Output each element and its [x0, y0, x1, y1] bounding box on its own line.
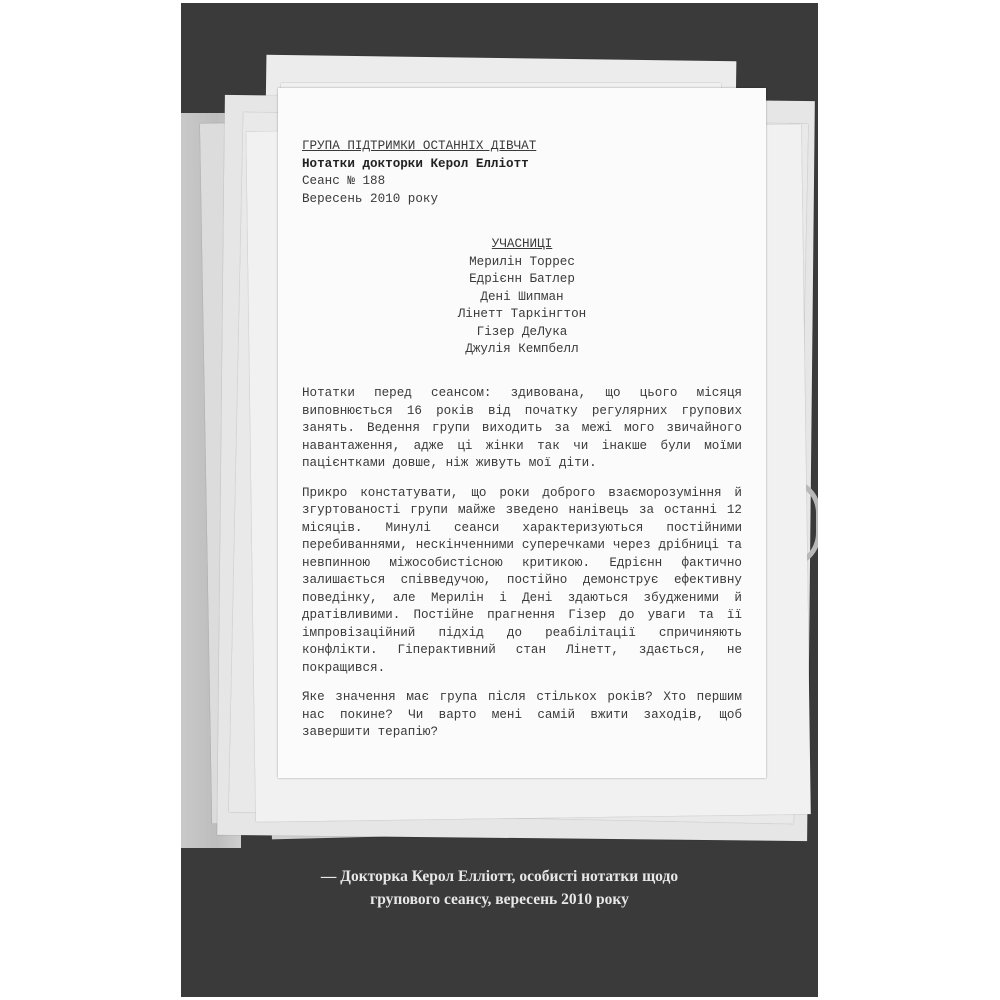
participants-title: УЧАСНИЦІ [278, 236, 766, 254]
notes-body: Нотатки перед сеансом: здивована, що цьо… [302, 385, 742, 754]
participants-list: УЧАСНИЦІ Мерилін Торрес Едрієнн Батлер Д… [278, 236, 766, 359]
participant-name: Лінетт Таркінгтон [278, 306, 766, 324]
participant-name: Мерилін Торрес [278, 254, 766, 272]
session-date: Вересень 2010 року [302, 191, 536, 209]
typed-notes-sheet: ГРУПА ПІДТРИМКИ ОСТАННІХ ДІВЧАТ Нотатки … [278, 88, 766, 778]
book-page: ГРУПА ПІДТРИМКИ ОСТАННІХ ДІВЧАТ Нотатки … [181, 3, 818, 997]
caption-line: групового сеансу, вересень 2010 року [181, 888, 818, 911]
attribution-caption: — Докторка Керол Елліотт, особисті нотат… [181, 865, 818, 911]
session-number: Сеанс № 188 [302, 173, 536, 191]
caption-line: — Докторка Керол Елліотт, особисті нотат… [181, 865, 818, 888]
notes-paragraph: Нотатки перед сеансом: здивована, що цьо… [302, 385, 742, 473]
notes-author: Нотатки докторки Керол Елліотт [302, 156, 536, 174]
notes-paragraph: Прикро констатувати, що роки доброго вза… [302, 485, 742, 678]
participant-name: Дені Шипман [278, 289, 766, 307]
group-title: ГРУПА ПІДТРИМКИ ОСТАННІХ ДІВЧАТ [302, 138, 536, 156]
notes-paragraph: Яке значення має група після стількох ро… [302, 689, 742, 742]
participant-name: Гізер ДеЛука [278, 324, 766, 342]
participant-name: Джулія Кемпбелл [278, 341, 766, 359]
notes-header: ГРУПА ПІДТРИМКИ ОСТАННІХ ДІВЧАТ Нотатки … [302, 138, 536, 208]
participant-name: Едрієнн Батлер [278, 271, 766, 289]
